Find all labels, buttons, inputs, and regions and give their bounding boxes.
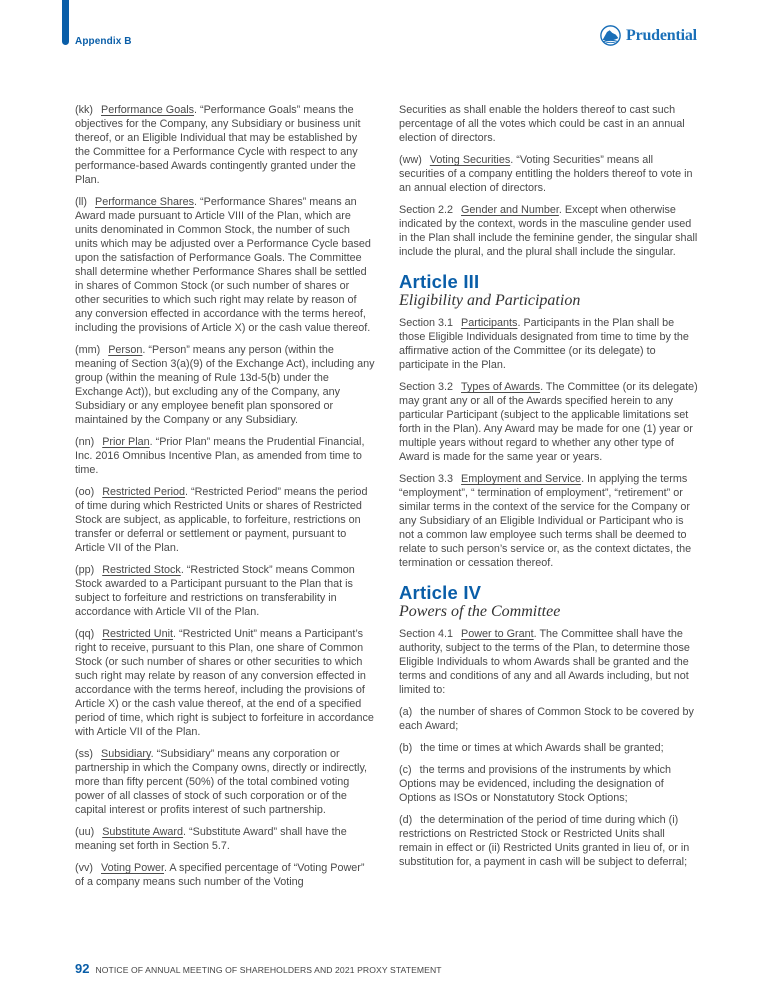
defined-term: Performance Goals [101,104,194,116]
page-number: 92 [75,961,89,976]
defined-term: Subsidiary [101,748,151,760]
definition-text: . “Person” means any person (within the … [75,344,375,426]
definition-text: . “Performance Shares” means an Award ma… [75,196,371,334]
article-iv-title: Article IV [399,586,699,600]
item-text: the number of shares of Common Stock to … [399,706,694,732]
definition-text: . “Performance Goals” means the objectiv… [75,104,360,186]
header-accent-bar [62,0,69,45]
definition-label: (uu) [75,826,94,838]
defined-term: Prior Plan [102,436,149,448]
footer-title: NOTICE OF ANNUAL MEETING OF SHAREHOLDERS… [95,965,441,975]
definition-label: (ww) [399,154,422,166]
definition-label: (nn) [75,436,94,448]
definition-label: (kk) [75,104,93,116]
list-item-a: (a)the number of shares of Common Stock … [399,705,699,733]
definition-uu: (uu)Substitute Award. “Substitute Award”… [75,825,375,853]
section-text: . In applying the terms “employment”, “ … [399,473,691,569]
item-label: (c) [399,764,412,776]
definition-ll: (ll)Performance Shares. “Performance Sha… [75,195,375,335]
defined-term: Voting Securities [430,154,510,166]
definition-pp: (pp)Restricted Stock. “Restricted Stock”… [75,563,375,619]
item-text: the determination of the period of time … [399,814,689,868]
defined-term: Voting Power [101,862,164,874]
definition-label: (pp) [75,564,94,576]
defined-term: Person [108,344,142,356]
section-heading: Employment and Service [461,473,581,485]
defined-term: Restricted Stock [102,564,181,576]
section-3-3: Section 3.3Employment and Service. In ap… [399,472,699,570]
defined-term: Restricted Unit [102,628,173,640]
item-label: (b) [399,742,412,754]
page-footer: 92 NOTICE OF ANNUAL MEETING OF SHAREHOLD… [75,961,442,976]
article-iii-subtitle: Eligibility and Participation [399,294,699,308]
definition-kk: (kk)Performance Goals. “Performance Goal… [75,103,375,187]
section-label: Section 3.3 [399,473,453,485]
list-item-c: (c)the terms and provisions of the instr… [399,763,699,805]
section-3-1: Section 3.1Participants. Participants in… [399,316,699,372]
item-text: the time or times at which Awards shall … [420,742,663,754]
definition-nn: (nn)Prior Plan. “Prior Plan” means the P… [75,435,375,477]
section-label: Appendix B [75,36,132,47]
item-label: (d) [399,814,412,826]
section-heading: Gender and Number [461,204,559,216]
section-text: . The Committee (or its delegate) may gr… [399,381,698,463]
right-column: Securities as shall enable the holders t… [399,103,699,877]
continuation-paragraph: Securities as shall enable the holders t… [399,103,699,145]
article-iii-title: Article III [399,275,699,289]
logo-text: Prudential [626,27,697,45]
section-4-1: Section 4.1Power to Grant. The Committee… [399,627,699,697]
article-iv-subtitle: Powers of the Committee [399,605,699,619]
section-label: Section 3.1 [399,317,453,329]
definition-vv: (vv)Voting Power. A specified percentage… [75,861,375,889]
definition-label: (mm) [75,344,100,356]
definition-oo: (oo)Restricted Period. “Restricted Perio… [75,485,375,555]
section-2-2: Section 2.2Gender and Number. Except whe… [399,203,699,259]
section-heading: Power to Grant [461,628,534,640]
section-heading: Participants [461,317,517,329]
definition-text: . “Restricted Unit” means a Participant’… [75,628,374,738]
definition-qq: (qq)Restricted Unit. “Restricted Unit” m… [75,627,375,739]
list-item-d: (d)the determination of the period of ti… [399,813,699,869]
list-item-b: (b)the time or times at which Awards sha… [399,741,699,755]
definition-ss: (ss)Subsidiary. “Subsidiary” means any c… [75,747,375,817]
definition-label: (ss) [75,748,93,760]
definition-mm: (mm)Person. “Person” means any person (w… [75,343,375,427]
section-label: Section 2.2 [399,204,453,216]
section-heading: Types of Awards [461,381,540,393]
defined-term: Performance Shares [95,196,194,208]
item-text: the terms and provisions of the instrume… [399,764,671,804]
definition-label: (qq) [75,628,94,640]
section-3-2: Section 3.2Types of Awards. The Committe… [399,380,699,464]
defined-term: Substitute Award [102,826,183,838]
section-label: Section 4.1 [399,628,453,640]
definition-ww: (ww)Voting Securities. “Voting Securitie… [399,153,699,195]
definition-label: (ll) [75,196,87,208]
rock-of-gibraltar-icon [600,25,621,46]
section-label: Section 3.2 [399,381,453,393]
definition-label: (vv) [75,862,93,874]
left-column: (kk)Performance Goals. “Performance Goal… [75,103,375,897]
definition-label: (oo) [75,486,94,498]
defined-term: Restricted Period [102,486,185,498]
item-label: (a) [399,706,412,718]
prudential-logo: Prudential [600,25,697,46]
